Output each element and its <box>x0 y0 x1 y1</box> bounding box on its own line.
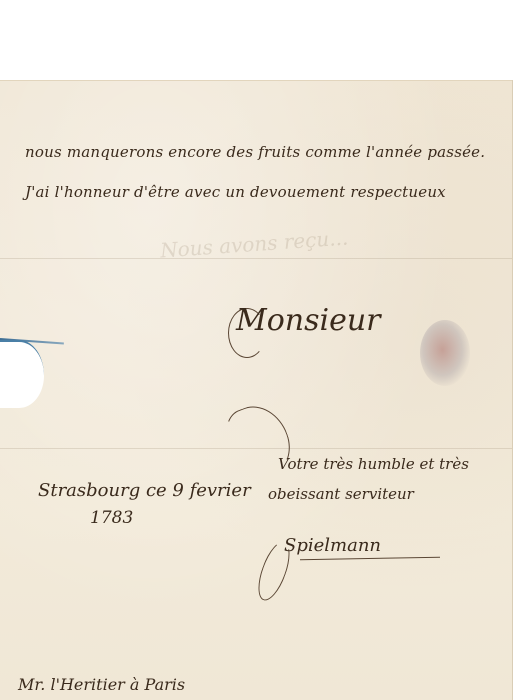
signature: Spielmann <box>284 535 381 556</box>
letter-paper <box>0 80 513 700</box>
recipient-address: Mr. l'Heritier à Paris <box>18 675 185 694</box>
date-year: 1783 <box>90 508 133 528</box>
body-line-1: nous manquerons encore des fruits comme … <box>25 143 485 161</box>
place-date: Strasbourg ce 9 fevrier <box>38 480 251 501</box>
closing-line-1: Votre très humble et très <box>278 455 469 473</box>
salutation: Monsieur <box>236 303 381 338</box>
wax-seal-stain <box>420 320 470 386</box>
closing-line-2: obeissant serviteur <box>268 485 414 503</box>
body-line-2: J'ai l'honneur d'être avec un devouement… <box>25 183 446 201</box>
fold-line <box>0 258 512 259</box>
